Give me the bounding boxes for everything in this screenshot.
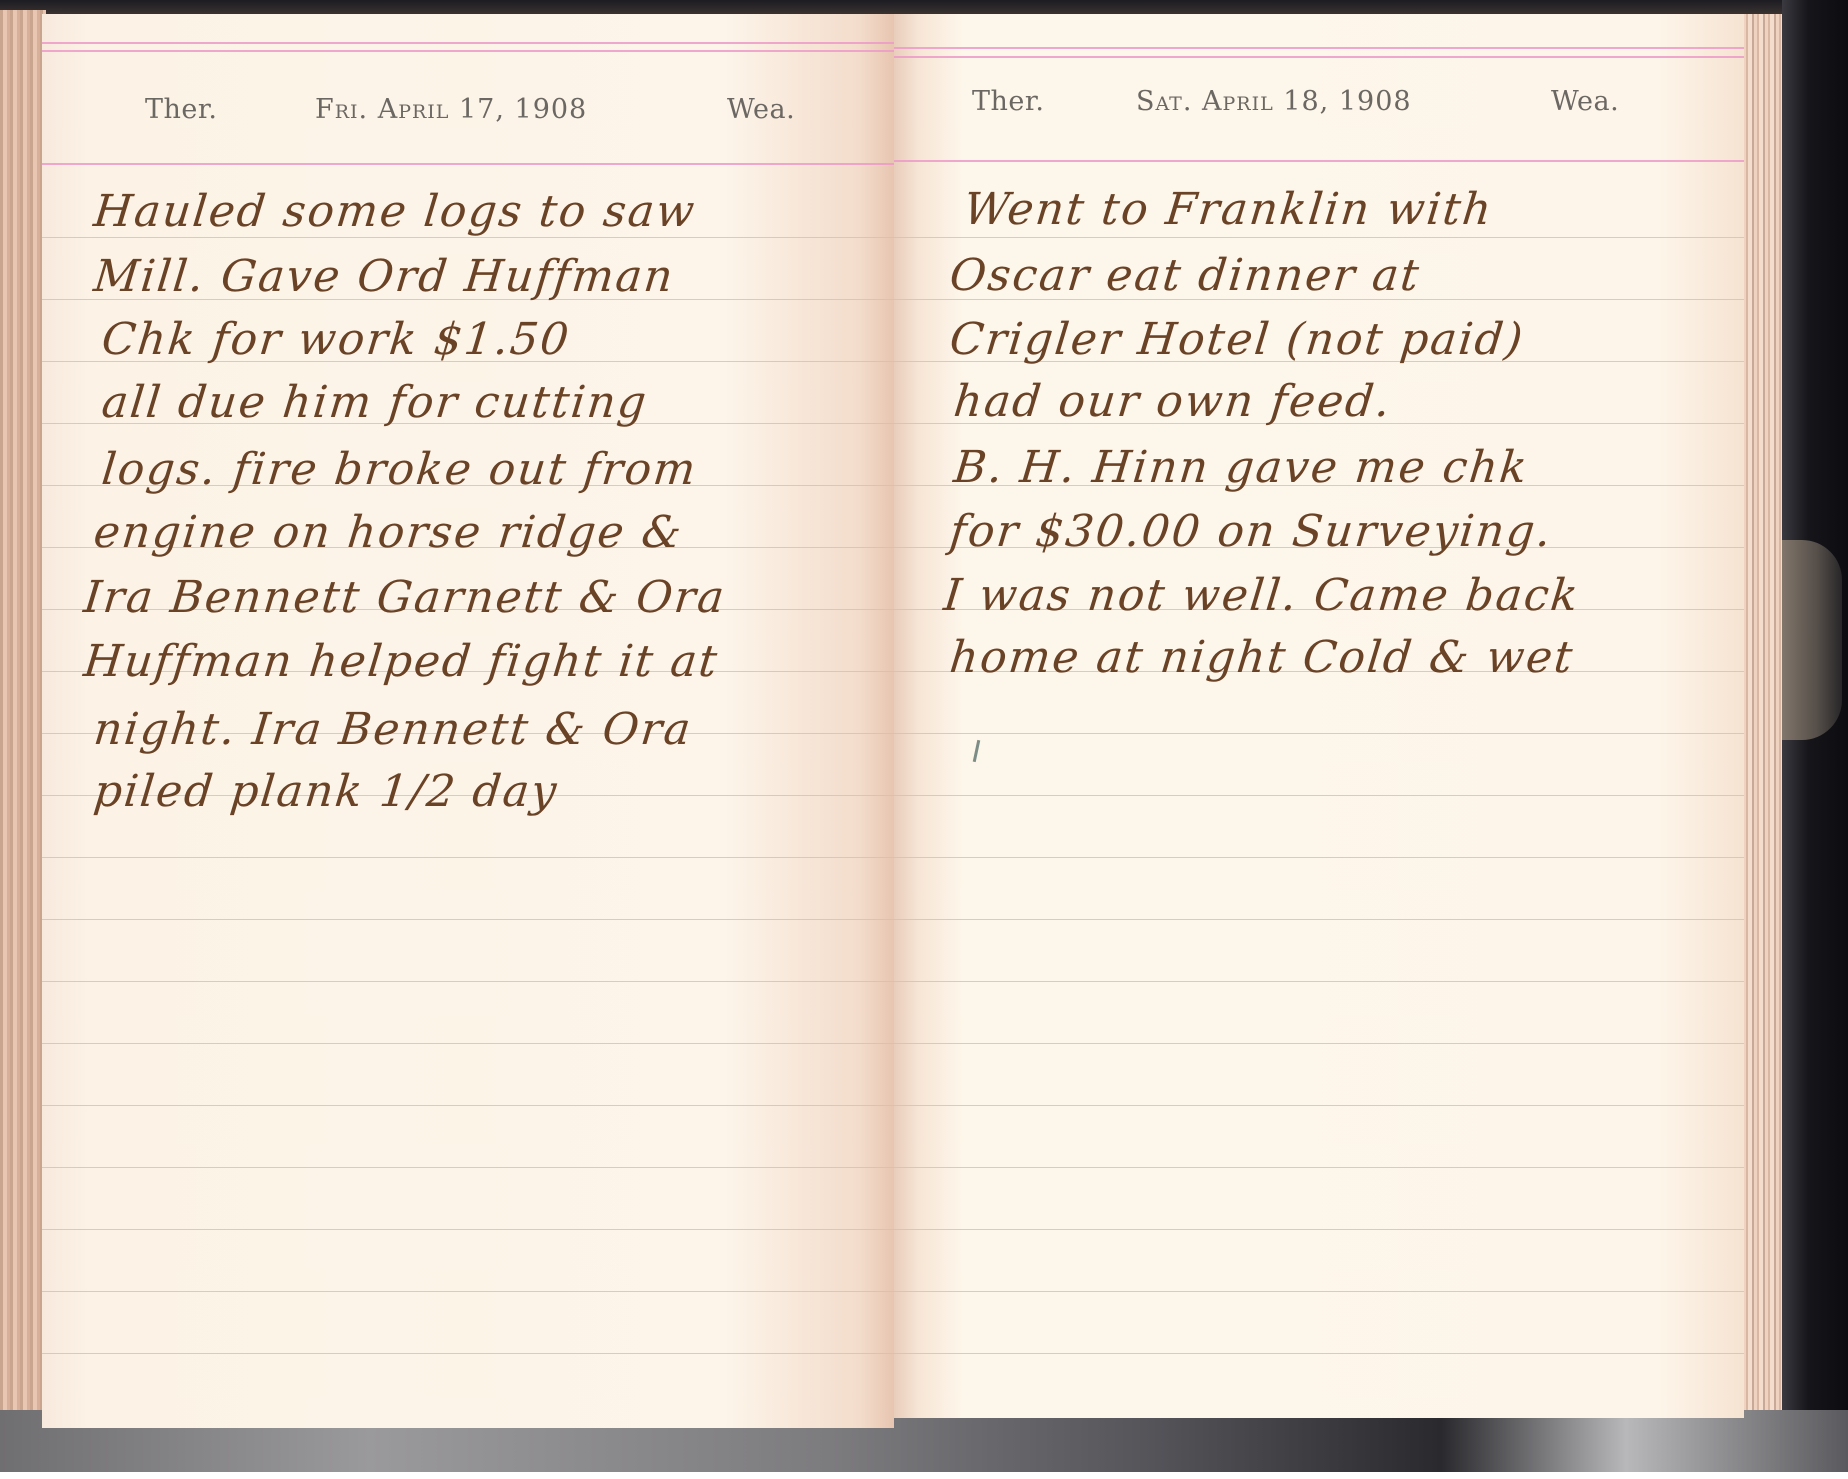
handwritten-line: Chk for work $1.50 [99,314,573,365]
handwritten-line: I was not well. Came back [941,570,1582,621]
ruled-line [894,1229,1744,1230]
ruled-line [894,1291,1744,1292]
ruled-line [42,237,894,238]
ruled-line [42,1043,894,1044]
book-cover-right [1782,0,1848,1472]
handwritten-line: Oscar eat dinner at [947,250,1423,301]
ther-label: Ther. [145,94,217,125]
handwritten-line: Crigler Hotel (not paid) [947,314,1527,365]
wea-label: Wea. [727,94,795,125]
handwritten-line: engine on horse ridge & [91,507,685,558]
handwritten-line: Mill. Gave Ord Huffman [91,251,677,302]
handwritten-line: logs. fire broke out from [99,444,699,495]
ruled-line [894,1105,1744,1106]
ruled-line [42,919,894,920]
cover-glare [1782,540,1842,740]
handwritten-line: Huffman helped fight it at [81,636,721,687]
ruled-line [894,237,1744,238]
handwritten-line: B. H. Hinn gave me chk [951,442,1531,493]
ruled-line [42,1105,894,1106]
handwritten-line: Ira Bennett Garnett & Ora [81,572,728,623]
pink-rule [894,160,1744,162]
ruled-line [42,981,894,982]
right-page: Ther. Sat. April 18, 1908 Wea. Went to F… [894,14,1744,1418]
pink-rule [894,56,1744,58]
ruled-line [894,1167,1744,1168]
handwritten-line: for $30.00 on Surveying. [947,506,1555,557]
ruled-line [894,795,1744,796]
handwritten-line: piled plank 1/2 day [91,766,560,817]
handwritten-line: night. Ira Bennett & Ora [91,704,695,755]
diary-scan: Ther. Fri. April 17, 1908 Wea. Hauled so… [0,0,1848,1479]
book-cover-top [0,0,1848,14]
pink-rule [42,50,894,52]
wea-label: Wea. [1551,86,1619,117]
ruled-line [42,1291,894,1292]
ruled-line [894,981,1744,982]
pink-rule [42,42,894,44]
ruled-line [894,857,1744,858]
ruled-line [894,1043,1744,1044]
ruled-line [894,733,1744,734]
ruled-line [42,1353,894,1354]
left-page: Ther. Fri. April 17, 1908 Wea. Hauled so… [42,14,894,1428]
ruled-line [42,1167,894,1168]
handwritten-line: Went to Franklin with [961,184,1495,235]
handwritten-line: Hauled some logs to saw [91,186,698,237]
ruled-line [42,857,894,858]
right-page-stack [1743,14,1785,1424]
handwritten-line: all due him for cutting [99,377,650,428]
page-date: Fri. April 17, 1908 [315,94,587,125]
ruled-line [894,919,1744,920]
pink-rule [894,47,1744,49]
ther-label: Ther. [972,86,1044,117]
left-page-stack [0,10,46,1430]
pink-rule [42,163,894,165]
handwritten-line: had our own feed. [951,376,1394,427]
handwritten-line: home at night Cold & wet [947,632,1576,683]
ruled-line [42,1229,894,1230]
page-date: Sat. April 18, 1908 [1136,86,1412,117]
ruled-line [894,1353,1744,1354]
